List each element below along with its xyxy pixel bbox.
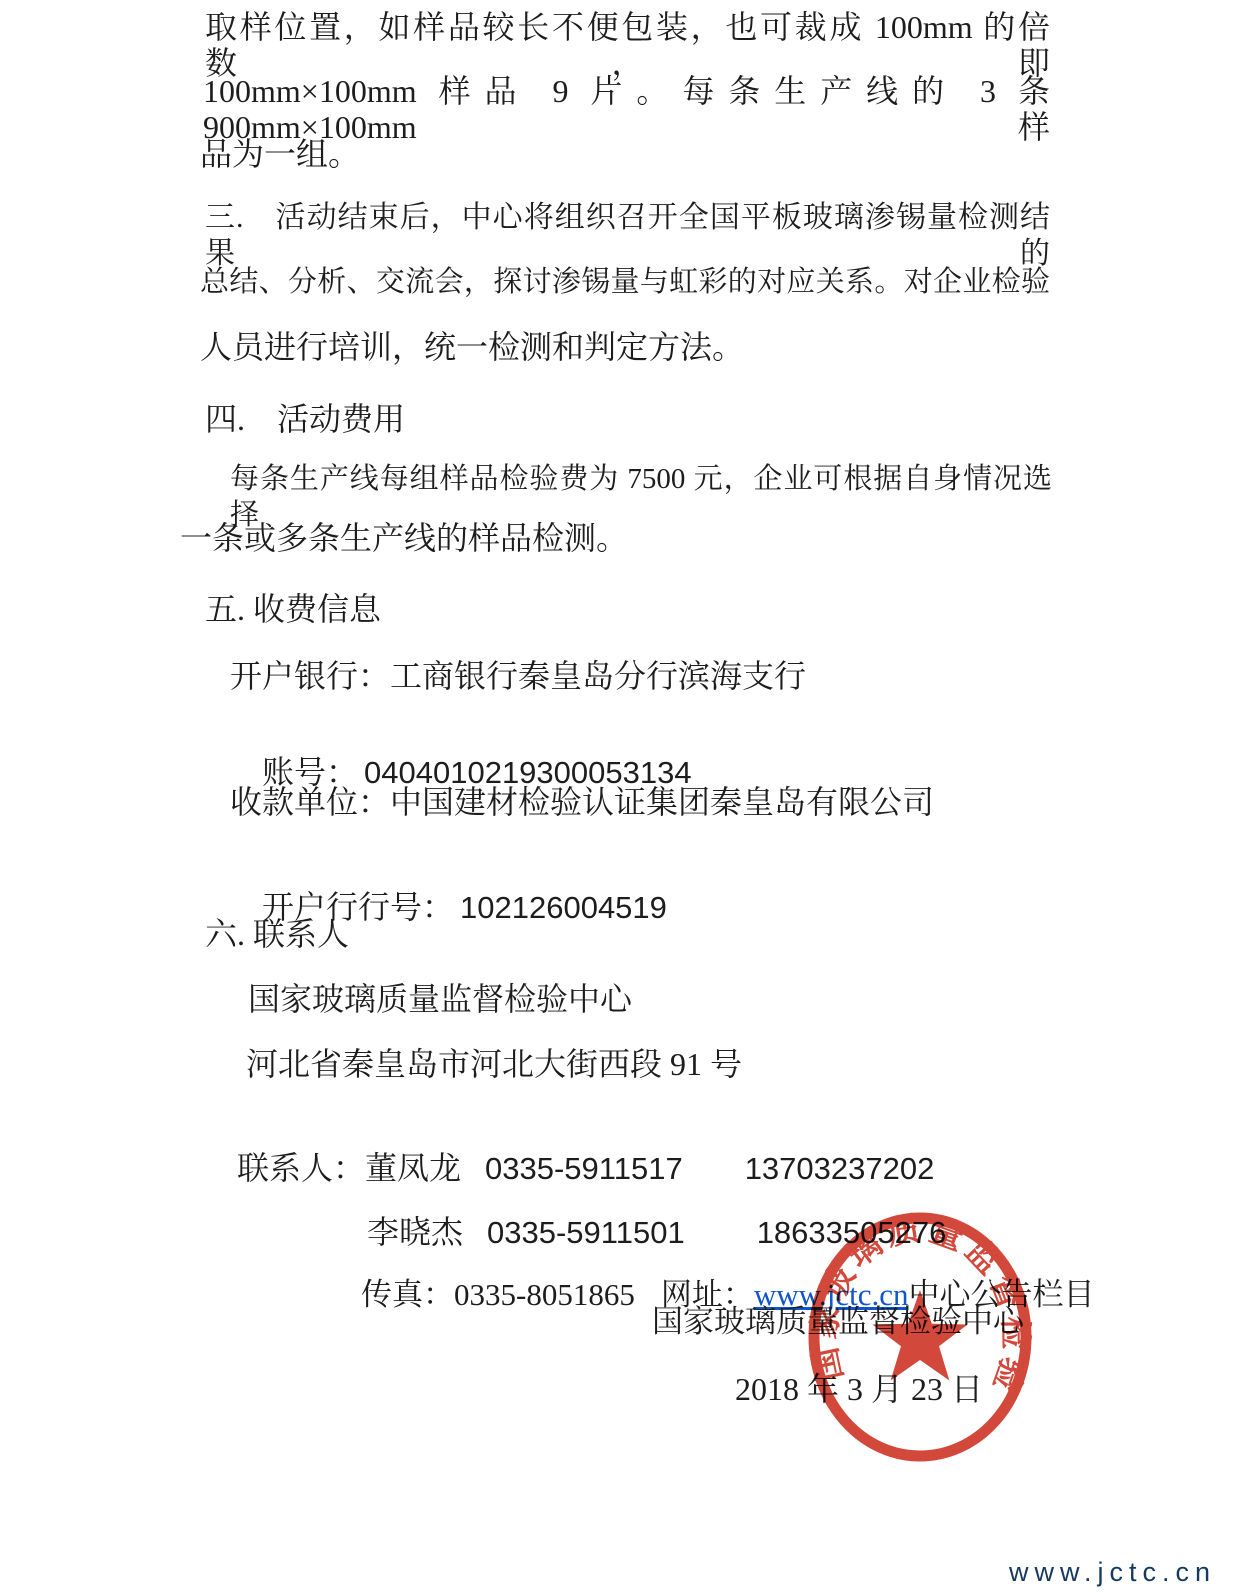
intro-line-1: 取样位置，如样品较长不便包装，也可裁成 100mm 的倍数，即	[205, 9, 1050, 81]
org-name-line: 国家玻璃质量监督检验中心	[248, 981, 632, 1017]
bank-name-line: 开户银行：工商银行秦皇岛分行滨海支行	[230, 658, 806, 694]
bank-code-number: 102126004519	[460, 890, 667, 925]
section-5-heading: 五. 收费信息	[205, 591, 381, 627]
intro-line-2: 100mm×100mm 样品 9 片。每条生产线的 3 条 900mm×100m…	[203, 73, 1050, 145]
section-3-line-1: 三. 活动结束后，中心将组织召开全国平板玻璃渗锡量检测结果的	[205, 200, 1050, 272]
document-page: 取样位置，如样品较长不便包装，也可裁成 100mm 的倍数，即 100mm×10…	[0, 0, 1240, 1594]
payee-line: 收款单位：中国建材检验认证集团秦皇岛有限公司	[230, 784, 934, 820]
section-6-heading: 六. 联系人	[205, 916, 349, 952]
section-3-line-3: 人员进行培训，统一检测和判定方法。	[200, 329, 744, 365]
section-4-line-2: 一条或多条生产线的样品检测。	[180, 520, 628, 556]
official-seal: 国家玻璃质量监督检验中心	[780, 1190, 1070, 1490]
section-3-line-2: 总结、分析、交流会，探讨渗锡量与虹彩的对应关系。对企业检验	[200, 264, 1050, 300]
address-line: 河北省秦皇岛市河北大街西段 91 号	[246, 1046, 742, 1082]
site-watermark: www.jctc.cn	[1009, 1557, 1216, 1588]
section-4-heading: 四. 活动费用	[205, 401, 405, 437]
fax-number: 传真：0335-8051865	[361, 1277, 635, 1312]
intro-line-3: 品为一组。	[200, 136, 360, 172]
seal-star-icon	[872, 1290, 967, 1381]
